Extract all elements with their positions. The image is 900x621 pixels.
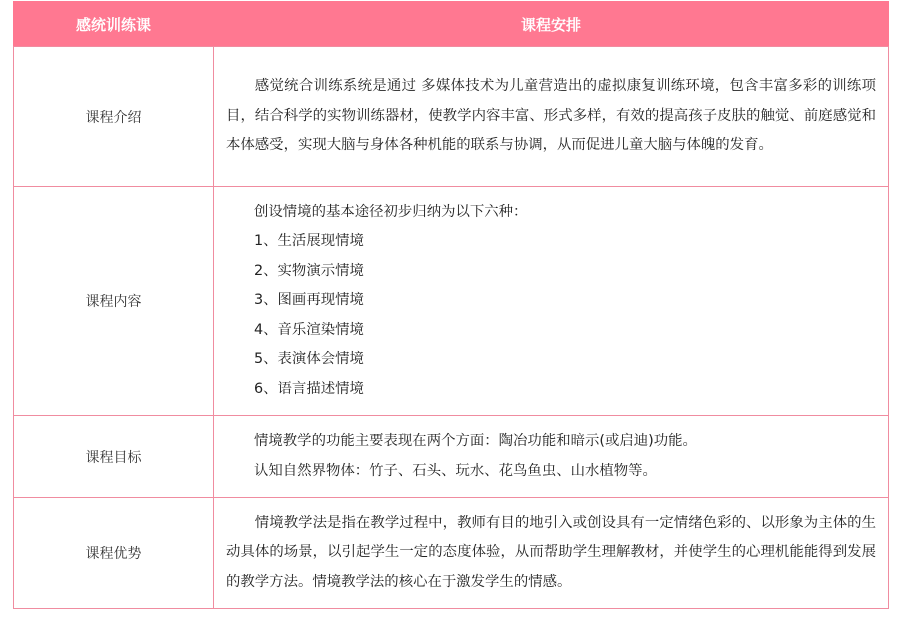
row-content-advantage: 情境教学法是指在教学过程中，教师有目的地引入或创设具有一定情绪色彩的、以形象为主… <box>214 498 889 609</box>
header-course-schedule: 课程安排 <box>214 2 889 47</box>
table-header: 感统训练课 课程安排 <box>14 2 889 47</box>
course-schedule-table: 感统训练课 课程安排 课程介绍 感觉统合训练系统是通过 多媒体技术为儿童营造出的… <box>13 1 889 609</box>
table-row-goal: 课程目标 情境教学的功能主要表现在两个方面：陶冶功能和暗示(或启迪)功能。 认知… <box>14 416 889 498</box>
list-item: 1、生活展现情境 <box>254 227 876 257</box>
row-label-content: 课程内容 <box>14 187 214 416</box>
list-item: 3、图画再现情境 <box>254 286 876 316</box>
row-label-intro: 课程介绍 <box>14 47 214 187</box>
content-intro-line: 创设情境的基本途径初步归纳为以下六种： <box>254 198 876 228</box>
row-content-content: 创设情境的基本途径初步归纳为以下六种： 1、生活展现情境 2、实物演示情境 3、… <box>214 187 889 416</box>
list-item: 2、实物演示情境 <box>254 257 876 287</box>
list-item: 5、表演体会情境 <box>254 345 876 375</box>
list-item: 6、语言描述情境 <box>254 375 876 405</box>
table-row-intro: 课程介绍 感觉统合训练系统是通过 多媒体技术为儿童营造出的虚拟康复训练环境，包含… <box>14 47 889 187</box>
header-course-name: 感统训练课 <box>14 2 214 47</box>
table-row-advantage: 课程优势 情境教学法是指在教学过程中，教师有目的地引入或创设具有一定情绪色彩的、… <box>14 498 889 609</box>
goal-line: 认知自然界物体：竹子、石头、玩水、花鸟鱼虫、山水植物等。 <box>254 457 876 487</box>
table-row-content: 课程内容 创设情境的基本途径初步归纳为以下六种： 1、生活展现情境 2、实物演示… <box>14 187 889 416</box>
advantage-paragraph: 情境教学法是指在教学过程中，教师有目的地引入或创设具有一定情绪色彩的、以形象为主… <box>226 509 876 598</box>
row-content-intro: 感觉统合训练系统是通过 多媒体技术为儿童营造出的虚拟康复训练环境，包含丰富多彩的… <box>214 47 889 187</box>
goal-line: 情境教学的功能主要表现在两个方面：陶冶功能和暗示(或启迪)功能。 <box>254 427 876 457</box>
row-content-goal: 情境教学的功能主要表现在两个方面：陶冶功能和暗示(或启迪)功能。 认知自然界物体… <box>214 416 889 498</box>
row-label-goal: 课程目标 <box>14 416 214 498</box>
row-label-advantage: 课程优势 <box>14 498 214 609</box>
intro-paragraph: 感觉统合训练系统是通过 多媒体技术为儿童营造出的虚拟康复训练环境，包含丰富多彩的… <box>226 72 876 161</box>
list-item: 4、音乐渲染情境 <box>254 316 876 346</box>
